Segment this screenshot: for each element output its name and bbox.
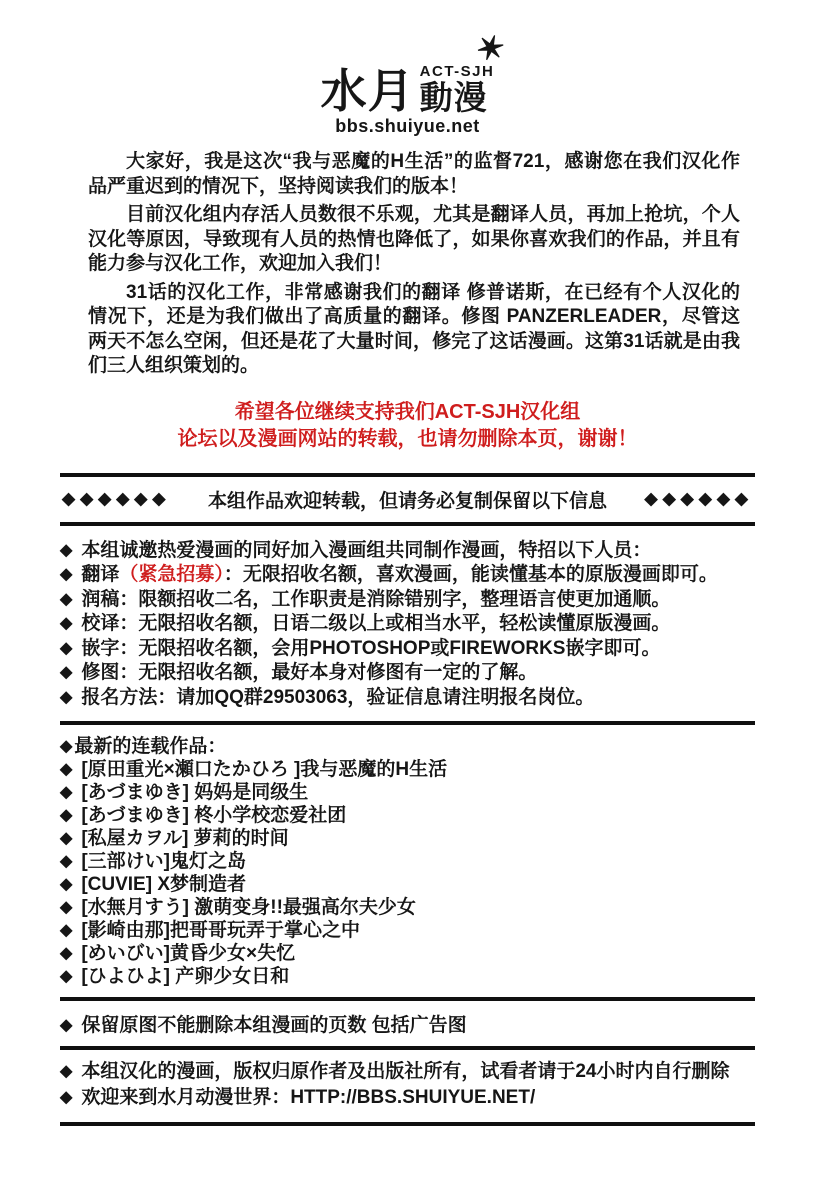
logo-title-sub: 動漫 bbox=[420, 81, 488, 114]
diamond-bullet-icon: ◆ bbox=[60, 804, 72, 827]
works-section: ◆最新的连载作品： ◆[原田重光×瀬口たかひろ ]我与恶魔的H生活 ◆[あづまゆ… bbox=[60, 725, 755, 997]
work-item: ◆[CUVIE] X梦制造者 bbox=[60, 873, 755, 896]
recruit-item-text: 报名方法：请加QQ群29503063，验证信息请注明报名岗位。 bbox=[81, 687, 594, 708]
recruit-translator-urgent-tag: （紧急招募） bbox=[119, 564, 224, 585]
recruit-item-proofread: ◆润稿：限额招收二名，工作职责是消除错别字，整理语言使更加通顺。 bbox=[60, 588, 755, 613]
diamond-bullet-icon: ◆ bbox=[60, 942, 72, 965]
keep-pages-row: ◆保留原图不能删除本组漫画的页数 包括广告图 bbox=[60, 1010, 755, 1037]
keep-pages-notice: ◆保留原图不能删除本组漫画的页数 包括广告图 bbox=[60, 1001, 755, 1046]
recruit-translator-prefix: 翻译 bbox=[81, 564, 119, 585]
recruit-item-cleaner: ◆修图：无限招收名额，最好本身对修图有一定的了解。 bbox=[60, 661, 755, 686]
diamond-bullet-icon: ◆ bbox=[60, 1015, 72, 1035]
support-appeal-line-1: 希望各位继续支持我们ACT-SJH汉化组 bbox=[60, 399, 755, 426]
work-item-text: [原田重光×瀬口たかひろ ]我与恶魔的H生活 bbox=[81, 759, 447, 780]
diamond-bullet-icon: ◆ bbox=[60, 919, 72, 942]
copyright-text: 本组汉化的漫画，版权归原作者及出版社所有，试看者请于24小时内自行删除 bbox=[81, 1061, 729, 1082]
diamond-divider-right: ◆◆◆◆◆◆ bbox=[645, 489, 753, 509]
repost-banner-title: 本组作品欢迎转载，但请务必复制保留以下信息 bbox=[208, 486, 607, 513]
recruit-item-text: 修图：无限招收名额，最好本身对修图有一定的了解。 bbox=[81, 662, 537, 683]
recruit-item-checker: ◆校译：无限招收名额，日语二级以上或相当水平，轻松读懂原版漫画。 bbox=[60, 612, 755, 637]
work-item-text: [三部けい]鬼灯之岛 bbox=[81, 851, 246, 872]
recruit-item-typesetter: ◆嵌字：无限招收名额，会用PHOTOSHOP或FIREWORKS嵌字即可。 bbox=[60, 637, 755, 662]
recruitment-section: ◆本组诚邀热爱漫画的同好加入漫画组共同制作漫画，特招以下人员： ◆翻译（紧急招募… bbox=[60, 526, 755, 722]
diamond-bullet-icon: ◆ bbox=[60, 563, 72, 588]
diamond-bullet-icon: ◆ bbox=[60, 965, 72, 988]
recruit-intro-row: ◆本组诚邀热爱漫画的同好加入漫画组共同制作漫画，特招以下人员： bbox=[60, 539, 755, 564]
repost-banner: ◆◆◆◆◆◆ 本组作品欢迎转载，但请务必复制保留以下信息 ◆◆◆◆◆◆ bbox=[60, 473, 755, 526]
work-item-text: [影崎由那]把哥哥玩弄于掌心之中 bbox=[81, 920, 360, 941]
diamond-bullet-icon: ◆ bbox=[60, 781, 72, 804]
section-divider bbox=[60, 1122, 755, 1126]
work-item-text: [めいびい]黄昏少女×失忆 bbox=[81, 943, 295, 964]
work-item: ◆[三部けい]鬼灯之岛 bbox=[60, 850, 755, 873]
work-item: ◆[あづまゆき] 妈妈是同级生 bbox=[60, 781, 755, 804]
work-item: ◆[ひよひよ] 产卵少女日和 bbox=[60, 965, 755, 988]
diamond-bullet-icon: ◆ bbox=[60, 827, 72, 850]
intro-text: 大家好，我是这次“我与恶魔的H生活”的监督721，感谢您在我们汉化作品严重迟到的… bbox=[88, 150, 740, 379]
work-item-text: [水無月すう] 激萌变身!!最强高尔夫少女 bbox=[81, 897, 416, 918]
diamond-divider-left: ◆◆◆◆◆◆ bbox=[62, 489, 170, 509]
diamond-bullet-icon: ◆ bbox=[60, 637, 72, 662]
diamond-bullet-icon: ◆ bbox=[60, 896, 72, 919]
work-item: ◆[私屋カヲル] 萝莉的时间 bbox=[60, 827, 755, 850]
logo-site-url: bbs.shuiyue.net bbox=[283, 117, 533, 135]
footer-notices: ◆本组汉化的漫画，版权归原作者及出版社所有，试看者请于24小时内自行删除 ◆欢迎… bbox=[60, 1050, 755, 1122]
recruit-item-translator: ◆翻译（紧急招募）：无限招收名额，喜欢漫画，能读懂基本的原版漫画即可。 bbox=[60, 563, 755, 588]
diamond-bullet-icon: ◆ bbox=[60, 686, 72, 711]
intro-paragraph-3: 31话的汉化工作，非常感谢我们的翻译 修普诺斯，在已经有个人汉化的情况下，还是为… bbox=[88, 281, 740, 379]
copyright-row: ◆本组汉化的漫画，版权归原作者及出版社所有，试看者请于24小时内自行删除 bbox=[60, 1059, 755, 1085]
support-appeal: 希望各位继续支持我们ACT-SJH汉化组 论坛以及漫画网站的转载，也请勿删除本页… bbox=[60, 399, 755, 453]
keep-pages-text: 保留原图不能删除本组漫画的页数 包括广告图 bbox=[81, 1015, 466, 1036]
logo-title-main: 水月 bbox=[321, 68, 415, 114]
work-item: ◆[あづまゆき] 柊小学校恋爱社团 bbox=[60, 804, 755, 827]
work-item-text: [CUVIE] X梦制造者 bbox=[81, 874, 246, 895]
work-item-text: [あづまゆき] 柊小学校恋爱社团 bbox=[81, 805, 346, 826]
work-item-text: [私屋カヲル] 萝莉的时间 bbox=[81, 828, 288, 849]
works-header-row: ◆最新的连载作品： bbox=[60, 735, 755, 758]
welcome-row: ◆欢迎来到水月动漫世界：HTTP://BBS.SHUIYUE.NET/ bbox=[60, 1085, 755, 1111]
work-item: ◆[水無月すう] 激萌变身!!最强高尔夫少女 bbox=[60, 896, 755, 919]
diamond-bullet-icon: ◆ bbox=[60, 1085, 72, 1111]
work-item-text: [ひよひよ] 产卵少女日和 bbox=[81, 966, 289, 987]
work-item: ◆[影崎由那]把哥哥玩弄于掌心之中 bbox=[60, 919, 755, 942]
work-item-text: [あづまゆき] 妈妈是同级生 bbox=[81, 782, 308, 803]
logo-title-column: ACT-SJH 動漫 bbox=[420, 64, 495, 114]
diamond-bullet-icon: ◆ bbox=[60, 758, 72, 781]
recruit-intro-text: 本组诚邀热爱漫画的同好加入漫画组共同制作漫画，特招以下人员： bbox=[81, 540, 651, 561]
recruit-translator-detail: ：无限招收名额，喜欢漫画，能读懂基本的原版漫画即可。 bbox=[224, 564, 718, 585]
recruit-item-text: 嵌字：无限招收名额，会用PHOTOSHOP或FIREWORKS嵌字即可。 bbox=[81, 638, 660, 659]
work-item: ◆[めいびい]黄昏少女×失忆 bbox=[60, 942, 755, 965]
diamond-bullet-icon: ◆ bbox=[60, 873, 72, 896]
works-header-text: 最新的连载作品： bbox=[74, 736, 226, 757]
diamond-bullet-icon: ◆ bbox=[60, 539, 72, 564]
diamond-bullet-icon: ◆ bbox=[60, 850, 72, 873]
diamond-bullet-icon: ◆ bbox=[60, 735, 72, 758]
diamond-bullet-icon: ◆ bbox=[60, 612, 72, 637]
recruit-item-apply-method: ◆报名方法：请加QQ群29503063，验证信息请注明报名岗位。 bbox=[60, 686, 755, 711]
intro-paragraph-1: 大家好，我是这次“我与恶魔的H生活”的监督721，感谢您在我们汉化作品严重迟到的… bbox=[88, 150, 740, 199]
support-appeal-line-2: 论坛以及漫画网站的转载，也请勿删除本页，谢谢！ bbox=[60, 426, 755, 453]
welcome-text: 欢迎来到水月动漫世界：HTTP://BBS.SHUIYUE.NET/ bbox=[81, 1087, 535, 1108]
logo-title-row: 水月 ACT-SJH 動漫 bbox=[283, 64, 533, 114]
diamond-bullet-icon: ◆ bbox=[60, 588, 72, 613]
group-logo: ✶ 水月 ACT-SJH 動漫 bbs.shuiyue.net bbox=[283, 64, 533, 135]
page: ✶ 水月 ACT-SJH 動漫 bbs.shuiyue.net 大家好，我是这次… bbox=[0, 64, 815, 1126]
diamond-bullet-icon: ◆ bbox=[60, 1059, 72, 1085]
recruit-item-text: 校译：无限招收名额，日语二级以上或相当水平，轻松读懂原版漫画。 bbox=[81, 613, 670, 634]
recruit-item-text: 润稿：限额招收二名，工作职责是消除错别字，整理语言使更加通顺。 bbox=[81, 589, 670, 610]
work-item: ◆[原田重光×瀬口たかひろ ]我与恶魔的H生活 bbox=[60, 758, 755, 781]
intro-paragraph-2: 目前汉化组内存活人员数很不乐观，尤其是翻译人员，再加上抢坑，个人汉化等原因，导致… bbox=[88, 203, 740, 277]
diamond-bullet-icon: ◆ bbox=[60, 661, 72, 686]
